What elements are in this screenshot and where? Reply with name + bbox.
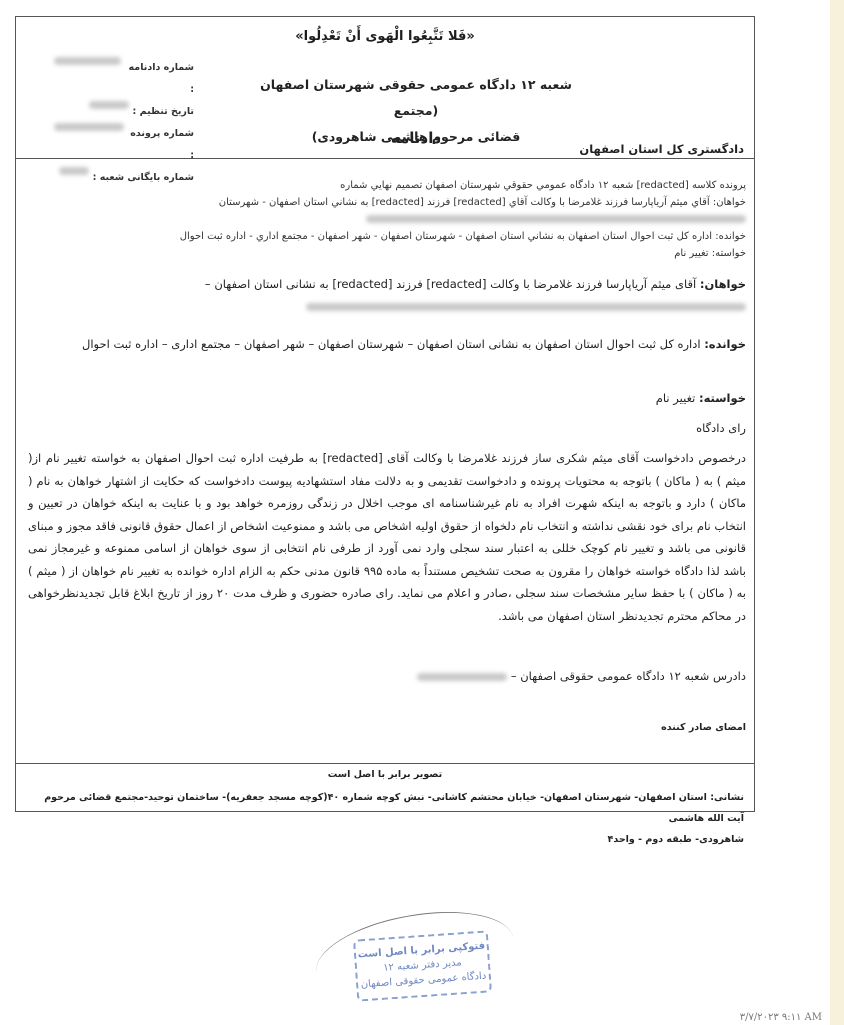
defendant-text: اداره کل ثبت احوال استان اصفهان به نشانی… (82, 337, 701, 351)
meta-issue-date: تاریخ تنظیم : (54, 101, 194, 123)
certified-copy-note: تصویر برابر با اصل است (16, 769, 754, 780)
summary-line: خواسته: تغيير نام (28, 245, 746, 262)
meta-label: شماره دادنامه : (125, 57, 194, 101)
judge-line: دادرس شعبه ۱۲ دادگاه عمومی حقوقی اصفهان … (28, 665, 746, 687)
court-address: نشانی: استان اصفهان- شهرستان اصفهان- خیا… (26, 787, 744, 850)
plaintiff-text: آقای میثم آریاپارسا فرزند غلامرضا با وکا… (205, 277, 696, 291)
redacted-value (59, 167, 89, 175)
address-line: شاهرودی- طبقه دوم - واحد۴ (26, 829, 744, 850)
case-metadata: شماره دادنامه : تاریخ تنظیم : شماره پرون… (54, 57, 194, 189)
judge-title: دادرس شعبه ۱۲ دادگاه عمومی حقوقی اصفهان … (511, 669, 746, 683)
redacted-value (54, 57, 121, 65)
meta-judgment-number: شماره دادنامه : (54, 57, 194, 101)
defendant-label: خوانده: (704, 337, 746, 351)
verdict-text: درخصوص دادخواست آقای میثم شکری ساز فرزند… (28, 447, 746, 627)
meta-case-number: شماره پرونده : (54, 123, 194, 167)
summary-line: پرونده کلاسه [redacted] شعبه ۱۲ دادگاه ع… (28, 177, 746, 194)
plaintiff-label: خواهان: (700, 277, 746, 291)
redacted-value (54, 123, 124, 131)
meta-label: شماره پرونده : (128, 123, 194, 167)
claim-label: خواسته: (699, 391, 746, 405)
defendant-section: خوانده: اداره کل ثبت احوال استان اصفهان … (28, 333, 746, 355)
judge-name-redacted (417, 673, 507, 681)
plaintiff-address-redacted (28, 295, 746, 317)
case-summary: پرونده کلاسه [redacted] شعبه ۱۲ دادگاه ع… (28, 177, 746, 262)
court-title-line: شعبه ۱۲ دادگاه عمومی حقوقی شهرستان اصفها… (256, 72, 576, 124)
verdict-heading: رای دادگاه (28, 417, 746, 439)
signature-label: امضای صادر کننده (28, 717, 746, 739)
summary-redacted-line (28, 211, 746, 228)
claim-text: تغییر نام (656, 391, 696, 405)
document-title: دادنامه (256, 129, 576, 147)
header-divider (16, 158, 754, 159)
certification-stamp: فتوکپی برابر با اصل است مدیر دفتر شعبه ۱… (353, 930, 492, 1001)
meta-label: تاریخ تنظیم : (133, 101, 194, 123)
claim-section: خواسته: تغییر نام (28, 387, 746, 409)
plaintiff-section: خواهان: آقای میثم آریاپارسا فرزند غلامرض… (28, 273, 746, 317)
redacted-value (89, 101, 129, 109)
summary-line: خوانده: اداره کل ثبت احوال استان اصفهان … (28, 228, 746, 245)
province-judiciary: دادگستری کل استان اصفهان (579, 142, 744, 156)
print-timestamp: ۳/۷/۲۰۲۳ ۹:۱۱ AM (740, 1012, 822, 1023)
address-line: نشانی: استان اصفهان- شهرستان اصفهان- خیا… (26, 787, 744, 829)
scan-edge (830, 0, 844, 1025)
footer-divider (16, 763, 754, 764)
summary-line: خواهان: آقاي ميثم آرياپارسا فرزند غلامرض… (28, 194, 746, 211)
judgment-document: «فَلا تَتَّبِعُوا الْهَوى أَنْ تَعْدِلُو… (15, 16, 755, 812)
quran-motto: «فَلا تَتَّبِعُوا الْهَوى أَنْ تَعْدِلُو… (16, 29, 754, 44)
